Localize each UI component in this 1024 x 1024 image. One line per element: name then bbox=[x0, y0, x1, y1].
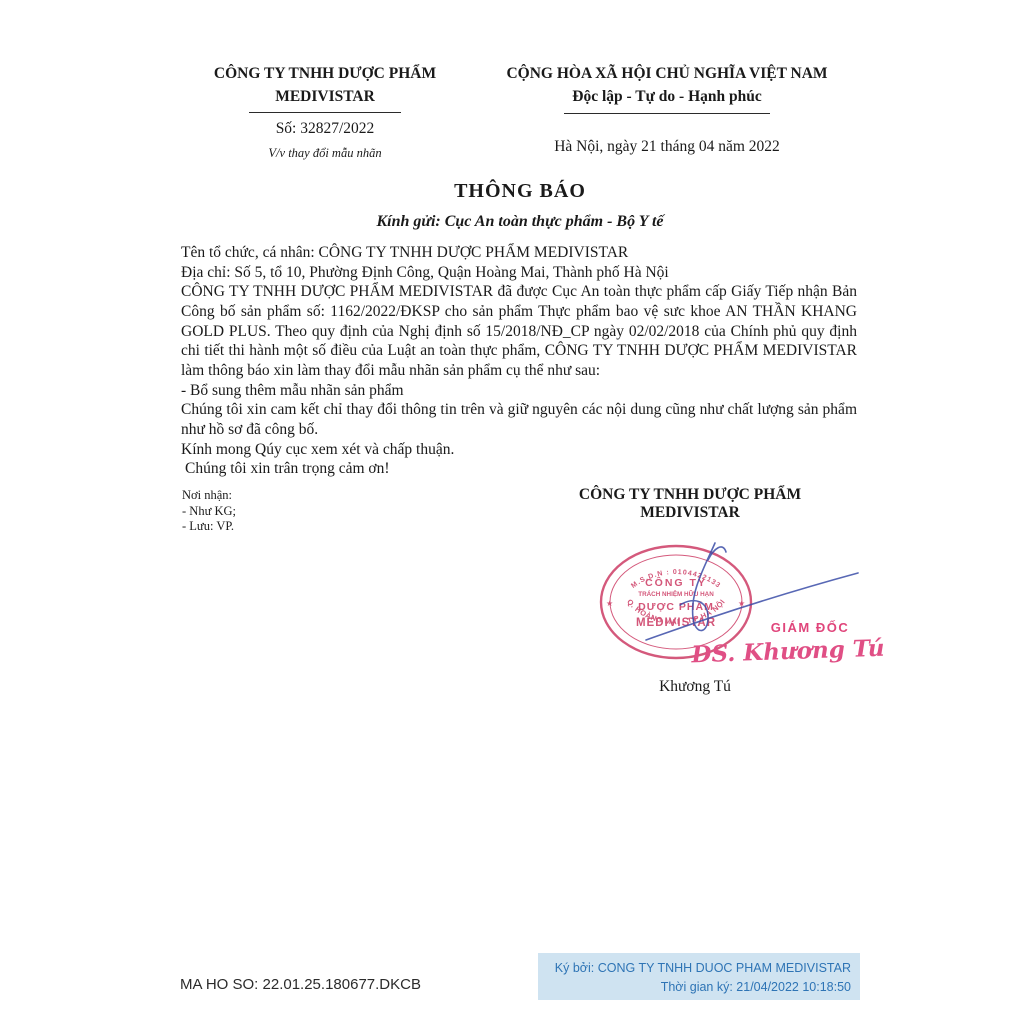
bullet-line: - Bổ sung thêm mẫu nhãn sản phẩm bbox=[181, 381, 857, 401]
letterhead-national-block: CỘNG HÒA XÃ HỘI CHỦ NGHĨA VIỆT NAM Độc l… bbox=[472, 62, 862, 161]
company-name-line2: MEDIVISTAR bbox=[249, 85, 401, 112]
signed-script: DS. Khương Tú bbox=[688, 635, 889, 669]
digital-signature-box: Ký bởi: CONG TY TNHH DUOC PHAM MEDIVISTA… bbox=[538, 953, 860, 1000]
national-motto-line1: CỘNG HÒA XÃ HỘI CHỦ NGHĨA VIỆT NAM bbox=[472, 62, 862, 85]
recipients-note-item: - Lưu: VP. bbox=[182, 519, 236, 535]
document-subject: V/v thay đổi mẫu nhãn bbox=[178, 146, 472, 161]
signature-company-block: CÔNG TY TNHH DƯỢC PHẨM MEDIVISTAR bbox=[540, 486, 840, 522]
national-motto-line2: Độc lập - Tự do - Hạnh phúc bbox=[564, 85, 769, 113]
signer-role: GIÁM ĐỐC bbox=[740, 620, 880, 635]
signature-company-line2: MEDIVISTAR bbox=[540, 504, 840, 522]
document-body: Tên tổ chức, cá nhân: CÔNG TY TNHH DƯỢC … bbox=[181, 243, 857, 479]
request-line: Kính mong Qúy cục xem xét và chấp thuận. bbox=[181, 440, 857, 460]
letterhead-company-block: CÔNG TY TNHH DƯỢC PHẨM MEDIVISTAR Số: 32… bbox=[178, 62, 472, 161]
company-name-line1: CÔNG TY TNHH DƯỢC PHẨM bbox=[178, 62, 472, 85]
page-title: THÔNG BÁO bbox=[178, 180, 862, 203]
seal-center-line1: CÔNG TY bbox=[645, 576, 707, 589]
document-page: CÔNG TY TNHH DƯỢC PHẨM MEDIVISTAR Số: 32… bbox=[0, 0, 1024, 1024]
thanks-line: Chúng tôi xin trân trọng cảm ơn! bbox=[181, 459, 857, 479]
seal-star-right-icon: ★ bbox=[738, 599, 745, 608]
org-line: Tên tổ chức, cá nhân: CÔNG TY TNHH DƯỢC … bbox=[181, 243, 857, 263]
seal-center-line4: MEDIVISTAR bbox=[636, 617, 716, 629]
signature-company-line1: CÔNG TY TNHH DƯỢC PHẨM bbox=[540, 486, 840, 504]
document-number: Số: 32827/2022 bbox=[178, 120, 472, 138]
recipient-line: Kính gửi: Cục An toàn thực phẩm - Bộ Y t… bbox=[178, 213, 862, 231]
signature-area: M.S.D.N : 0104422133 Q. HOÀNG MAI - T.P … bbox=[588, 540, 908, 705]
recipients-note-item: - Như KG; bbox=[182, 504, 236, 520]
address-line: Địa chỉ: Số 5, tổ 10, Phường Định Công, … bbox=[181, 263, 857, 283]
recipients-note: Nơi nhận: - Như KG; - Lưu: VP. bbox=[182, 488, 236, 535]
commitment-paragraph: Chúng tôi xin cam kết chỉ thay đổi thông… bbox=[181, 400, 857, 439]
recipients-note-title: Nơi nhận: bbox=[182, 488, 236, 504]
seal-center-line2: TRÁCH NHIỆM HỮU HẠN bbox=[638, 589, 714, 598]
dateline: Hà Nội, ngày 21 tháng 04 năm 2022 bbox=[472, 138, 862, 156]
esign-signed-by: Ký bởi: CONG TY TNHH DUOC PHAM MEDIVISTA… bbox=[538, 959, 851, 978]
letterhead: CÔNG TY TNHH DƯỢC PHẨM MEDIVISTAR Số: 32… bbox=[178, 62, 862, 161]
signer-name: Khương Tú bbox=[588, 678, 802, 696]
main-paragraph: CÔNG TY TNHH DƯỢC PHẨM MEDIVISTAR đã đượ… bbox=[181, 282, 857, 380]
esign-signed-time: Thời gian ký: 21/04/2022 10:18:50 bbox=[538, 978, 851, 997]
file-code: MA HO SO: 22.01.25.180677.DKCB bbox=[180, 976, 421, 993]
seal-star-left-icon: ★ bbox=[606, 599, 613, 608]
seal-center-line3: DƯỢC PHẨM bbox=[638, 600, 714, 613]
